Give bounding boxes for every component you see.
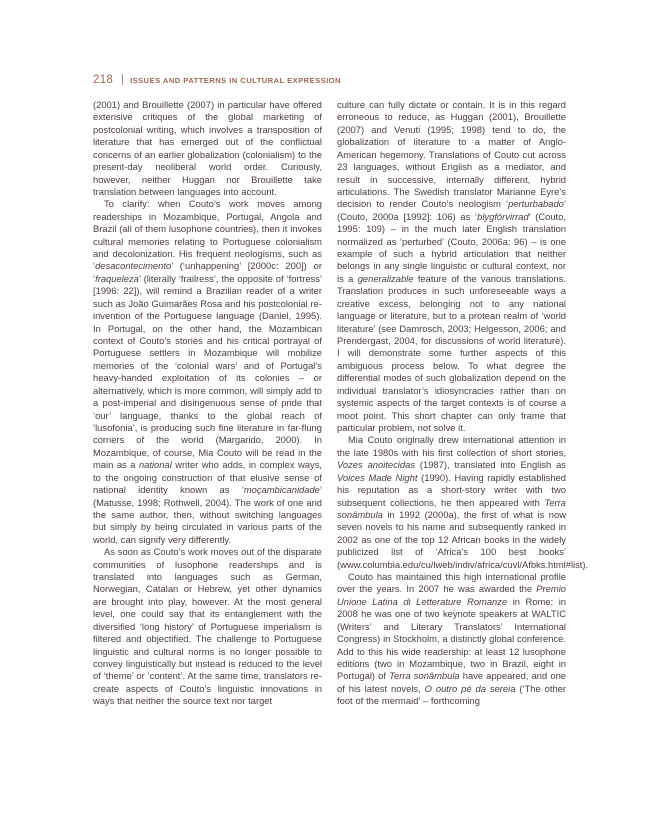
italic-text-segment: blygförvirrad: [477, 211, 529, 222]
italic-text-segment: national: [139, 459, 172, 470]
text-segment: ’ (literally ‘frailress’, the opposite o…: [93, 273, 322, 470]
text-segment: Mia Couto originally drew international …: [337, 434, 566, 457]
paragraph: To clarify: when Couto’s work moves amon…: [93, 198, 322, 546]
text-segment: As soon as Couto’s work moves out of the…: [93, 546, 322, 706]
italic-text-segment: fraqueleza: [95, 273, 139, 284]
text-segment: (2001) and Brouillette (2007) in particu…: [93, 99, 322, 197]
italic-text-segment: Voices Made Night: [337, 472, 417, 483]
italic-text-segment: moçambicanidade: [244, 484, 320, 495]
column-right: culture can fully dictate or contain. It…: [337, 99, 566, 708]
book-page: 218 ISSUES AND PATTERNS IN CULTURAL EXPR…: [0, 0, 650, 821]
paragraph: Couto has maintained this high internati…: [337, 571, 566, 708]
text-segment: in Rome; in 2008 he was one of two keyno…: [337, 596, 566, 682]
page-header: 218 ISSUES AND PATTERNS IN CULTURAL EXPR…: [93, 73, 566, 86]
header-divider: [122, 74, 123, 85]
text-segment: feature of the various translations. Tra…: [337, 273, 566, 433]
text-segment: (1987), translated into English as: [415, 459, 566, 470]
paragraph: (2001) and Brouillette (2007) in particu…: [93, 99, 322, 198]
italic-text-segment: generalizable: [358, 273, 414, 284]
text-segment: culture can fully dictate or contain. It…: [337, 99, 566, 209]
text-columns: (2001) and Brouillette (2007) in particu…: [93, 99, 566, 708]
paragraph: culture can fully dictate or contain. It…: [337, 99, 566, 434]
page-content: 218 ISSUES AND PATTERNS IN CULTURAL EXPR…: [93, 73, 566, 708]
page-number: 218: [93, 74, 113, 86]
italic-text-segment: perturbabado: [508, 198, 564, 209]
italic-text-segment: O outro pé da sereia: [425, 683, 516, 694]
italic-text-segment: Terra sonâmbula: [389, 670, 460, 681]
paragraph: Mia Couto originally drew international …: [337, 434, 566, 571]
text-segment: Couto has maintained this high internati…: [337, 571, 566, 594]
paragraph: As soon as Couto’s work moves out of the…: [93, 546, 322, 707]
running-title: ISSUES AND PATTERNS IN CULTURAL EXPRESSI…: [130, 75, 341, 85]
column-left: (2001) and Brouillette (2007) in particu…: [93, 99, 322, 708]
italic-text-segment: desacontecimento: [95, 260, 171, 271]
italic-text-segment: Vozes anoitecidas: [337, 459, 415, 470]
